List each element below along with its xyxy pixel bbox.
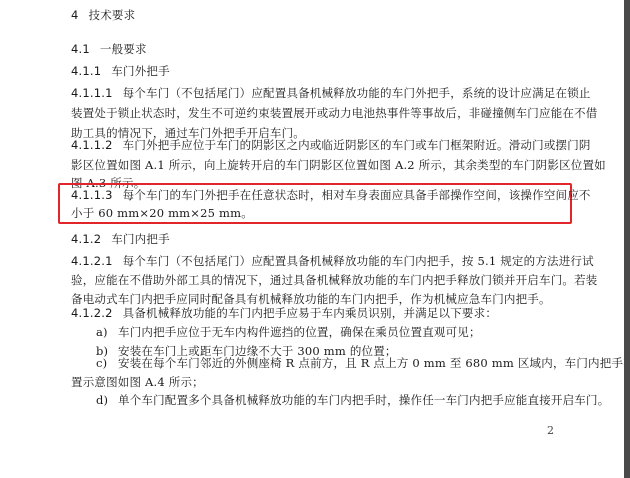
clause-4-1-1-3-line-2: 小于 60 mm×20 mm×25 mm。: [71, 206, 253, 220]
clause-number: 4.1.1.3: [71, 188, 113, 202]
clause-text: 车门外把手应位于车门的阴影区之内或临近阴影区的车门或车门框架附近。滑动门或摆门阴: [123, 138, 591, 152]
clause-number: 4.1.2.2: [71, 306, 113, 320]
clause-4-1-1-3-line-1: 4.1.1.3每个车门的车门外把手在任意状态时，相对车身表面应具备手部操作空间，…: [71, 188, 591, 202]
window-edge: [624, 0, 630, 478]
list-item-c: c)安装在每个车门邻近的外侧座椅 R 点前方，且 R 点上方 0 mm 至 68…: [96, 356, 630, 370]
clause-4-1-2-1-line-1: 4.1.2.1每个车门（不包括尾门）应配置具备机械释放功能的车门内把手，按 5.…: [71, 254, 594, 268]
section-title: 一般要求: [100, 42, 147, 56]
clause-text: 具备机械释放功能的车门内把手应易于车内乘员识别，并满足以下要求：: [123, 306, 497, 320]
clause-4-1-2-1-line-2: 验，应能在不借助外部工具的情况下，通过具备机械释放功能的车门内把手释放门锁并开启…: [71, 273, 598, 287]
clause-4-1-2-1-line-3: 备电动式车门内把手应同时配备具有机械释放功能的车门内把手，作为机械应急车门内把手…: [71, 292, 551, 306]
list-label: a): [96, 325, 118, 339]
section-4-1-heading: 4.1一般要求: [71, 42, 147, 56]
section-title: 车门内把手: [111, 232, 170, 246]
section-4-1-2-heading: 4.1.2车门内把手: [71, 232, 170, 246]
section-number: 4.1.2: [71, 232, 101, 246]
list-item-a: a)车门内把手应位于无车内构件遮挡的位置，确保在乘员位置直观可见；: [96, 325, 481, 339]
clause-number: 4.1.1.2: [71, 138, 113, 152]
list-item-c-line-2: 置示意图如图 A.4 所示；: [71, 375, 204, 389]
list-item-d: d)单个车门配置多个具备机械释放功能的车门内把手时，操作任一车门内把手应能直接开…: [96, 393, 609, 407]
section-number: 4: [71, 8, 79, 22]
list-label: c): [96, 356, 118, 370]
clause-number: 4.1.2.1: [71, 254, 113, 268]
list-text: 车门内把手应位于无车内构件遮挡的位置，确保在乘员位置直观可见；: [118, 325, 481, 339]
clause-text: 每个车门（不包括尾门）应配置具备机械释放功能的车门内把手，按 5.1 规定的方法…: [123, 254, 594, 268]
clause-4-1-1-1-line-1: 4.1.1.1每个车门（不包括尾门）应配置具备机械释放功能的车门外把手，系统的设…: [71, 86, 591, 100]
section-title: 技术要求: [89, 8, 136, 22]
clause-4-1-2-2-intro: 4.1.2.2具备机械释放功能的车门内把手应易于车内乘员识别，并满足以下要求：: [71, 306, 497, 320]
section-number: 4.1: [71, 42, 90, 56]
page-number: 2: [547, 424, 554, 437]
document-page: 4技术要求 4.1一般要求 4.1.1车门外把手 4.1.1.1每个车门（不包括…: [0, 0, 624, 478]
clause-4-1-1-1-line-2: 装置处于锁止状态时，发生不可逆约束装置展开或动力电池热事件等事故后，非碰撞侧车门…: [71, 106, 598, 120]
clause-text: 每个车门的车门外把手在任意状态时，相对车身表面应具备手部操作空间，该操作空间应不: [123, 188, 591, 202]
section-4-heading: 4技术要求: [71, 8, 135, 22]
list-text: 单个车门配置多个具备机械释放功能的车门内把手时，操作任一车门内把手应能直接开启车…: [118, 393, 609, 407]
clause-4-1-1-2-line-1: 4.1.1.2车门外把手应位于车门的阴影区之内或临近阴影区的车门或车门框架附近。…: [71, 138, 591, 152]
section-title: 车门外把手: [111, 64, 170, 78]
section-number: 4.1.1: [71, 64, 101, 78]
clause-4-1-1-2-line-2: 影区位置如图 A.1 所示，向上旋转开启的车门阴影区位置如图 A.2 所示，其余…: [71, 158, 606, 172]
section-4-1-1-heading: 4.1.1车门外把手: [71, 64, 170, 78]
list-label: d): [96, 393, 118, 407]
clause-number: 4.1.1.1: [71, 86, 113, 100]
list-text: 安装在每个车门邻近的外侧座椅 R 点前方，且 R 点上方 0 mm 至 680 …: [118, 356, 630, 370]
clause-text: 每个车门（不包括尾门）应配置具备机械释放功能的车门外把手，系统的设计应满足在锁止: [123, 86, 591, 100]
